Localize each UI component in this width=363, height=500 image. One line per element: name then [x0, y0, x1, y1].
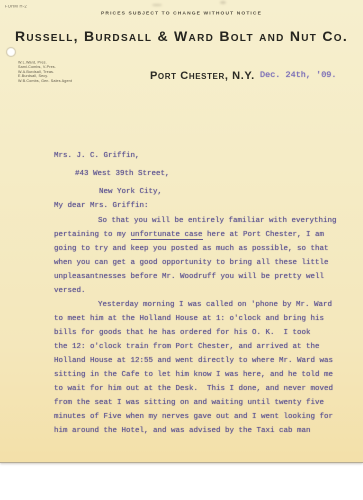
letter-line: to wait for him out at the Desk. This I …: [54, 382, 339, 396]
line-text: the 12: o'clock train from Port Chester,…: [54, 343, 320, 351]
letter-line: So that you will be entirely familiar wi…: [54, 214, 339, 228]
line-text: here at Port Chester, I am: [203, 231, 325, 239]
letter-line: him around the Hotel, and was advised by…: [54, 424, 339, 438]
line-text: from the seat I was sitting on and waiti…: [54, 399, 324, 407]
letter-line: pertaining to my unfortunate case here a…: [54, 228, 339, 242]
line-text: unpleasantnesses before Mr. Woodruff you…: [54, 273, 324, 281]
address-line: #43 West 39th Street,: [75, 170, 170, 188]
line-text: sitting in the Cafe to let him know I wa…: [54, 371, 333, 379]
letter-line: Holland House at 12:55 and went directly…: [54, 354, 339, 368]
letter-line: going to try and keep you posted as much…: [54, 242, 339, 256]
salutation: My dear Mrs. Griffin:: [54, 202, 149, 210]
letter-line: from the seat I was sitting on and waiti…: [54, 396, 339, 410]
scanned-letter-screenshot: { "colors":{ "paper":"#f4e8bf", "printed…: [0, 0, 363, 500]
line-text: Holland House at 12:55 and went directly…: [54, 357, 333, 365]
line-text: minutes of Five when my nerves gave out …: [54, 413, 333, 421]
letter-line: Yesterday morning I was called on 'phone…: [54, 298, 339, 312]
place-name: Port Chester, N.Y.: [150, 70, 255, 82]
letter-line: versed.: [54, 284, 339, 298]
letter-line: sitting in the Cafe to let him know I wa…: [54, 368, 339, 382]
line-text: bills for goods that he has ordered for …: [54, 329, 311, 337]
letter-line: bills for goods that he has ordered for …: [54, 326, 339, 340]
letter-line: when you can get a good opportunity to b…: [54, 256, 339, 270]
line-text: to wait for him out at the Desk. This I …: [54, 385, 333, 393]
line-text: to meet him at the Holland House at 1: o…: [54, 315, 324, 323]
letter-line: the 12: o'clock train from Port Chester,…: [54, 340, 339, 354]
line-text: So that you will be entirely familiar wi…: [98, 217, 337, 225]
typed-date: Dec. 24th, '09.: [260, 70, 337, 80]
letter-line: minutes of Five when my nerves gave out …: [54, 410, 339, 424]
punch-hole: [6, 47, 16, 57]
officer-line: W.B.Combs, Gen. Sales Agent: [18, 79, 72, 84]
letter-line: unpleasantnesses before Mr. Woodruff you…: [54, 270, 339, 284]
price-notice: PRICES SUBJECT TO CHANGE WITHOUT NOTICE: [54, 11, 308, 16]
line-text: him around the Hotel, and was advised by…: [54, 427, 311, 435]
address-line: Mrs. J. C. Griffin,: [54, 152, 170, 170]
line-text: Yesterday morning I was called on 'phone…: [98, 301, 332, 309]
letter-body: So that you will be entirely familiar wi…: [54, 214, 339, 438]
form-number: FORM H-2: [5, 5, 27, 9]
officers-list: W.L.Ward, Pres.Saml.Combs, V-Pres.W.A.Bu…: [18, 61, 72, 84]
underlined-phrase: unfortunate case: [131, 231, 203, 240]
letter-paper: FORM H-2 PRICES SUBJECT TO CHANGE WITHOU…: [0, 0, 363, 463]
letter-line: to meet him at the Holland House at 1: o…: [54, 312, 339, 326]
scan-smudge: [152, 4, 162, 6]
line-text: pertaining to my: [54, 231, 131, 239]
scan-smudge: [220, 1, 226, 4]
recipient-address: Mrs. J. C. Griffin,#43 West 39th Street,…: [54, 152, 170, 206]
line-text: when you can get a good opportunity to b…: [54, 259, 329, 267]
line-text: going to try and keep you posted as much…: [54, 245, 329, 253]
line-text: versed.: [54, 287, 86, 295]
company-name: Russell, Burdsall & Ward Bolt and Nut Co…: [0, 28, 363, 44]
